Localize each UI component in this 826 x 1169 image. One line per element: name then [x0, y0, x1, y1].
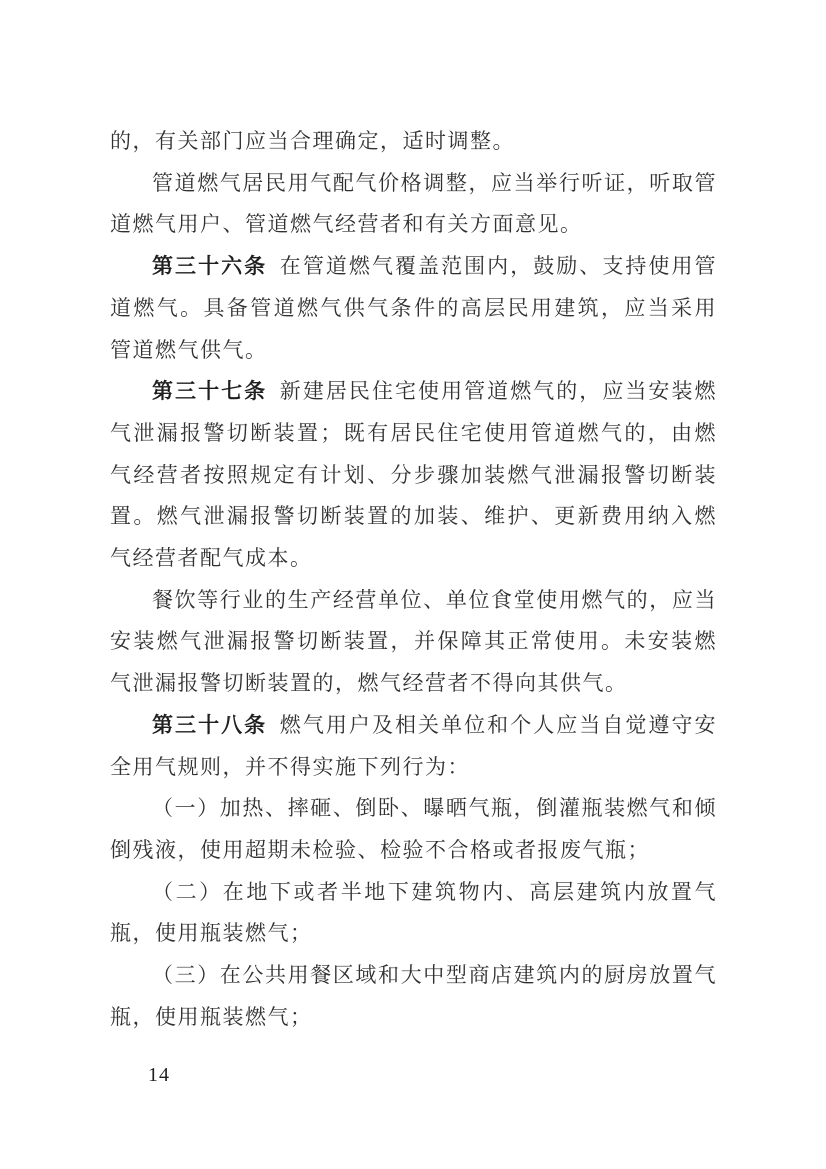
article-number: 第三十八条: [152, 713, 267, 737]
page-number: 14: [148, 1064, 170, 1087]
paragraph-text: 新建居民住宅使用管道燃气的，应当安装燃气泄漏报警切断装置；既有居民住宅使用管道燃…: [110, 379, 717, 570]
paragraph-text: （三）在公共用餐区域和大中型商店建筑内的厨房放置气瓶，使用瓶装燃气；: [110, 963, 717, 1029]
paragraph: 的，有关部门应当合理确定，适时调整。: [110, 121, 717, 163]
paragraph-text: 餐饮等行业的生产经营单位、单位食堂使用燃气的，应当安装燃气泄漏报警切断装置，并保…: [110, 588, 717, 695]
article-number: 第三十七条: [152, 379, 267, 403]
paragraph-text: 管道燃气居民用气配气价格调整，应当举行听证，听取管道燃气用户、管道燃气经营者和有…: [110, 171, 717, 237]
document-body: 的，有关部门应当合理确定，适时调整。管道燃气居民用气配气价格调整，应当举行听证，…: [110, 121, 717, 1038]
article-number: 第三十六条: [152, 254, 267, 278]
paragraph: 管道燃气居民用气配气价格调整，应当举行听证，听取管道燃气用户、管道燃气经营者和有…: [110, 163, 717, 246]
paragraph-text: （二）在地下或者半地下建筑物内、高层建筑内放置气瓶，使用瓶装燃气；: [110, 880, 717, 946]
paragraph-text: （一）加热、摔砸、倒卧、曝晒气瓶，倒灌瓶装燃气和倾倒残液，使用超期未检验、检验不…: [110, 796, 717, 862]
document-page: 的，有关部门应当合理确定，适时调整。管道燃气居民用气配气价格调整，应当举行听证，…: [0, 0, 826, 1169]
paragraph: （二）在地下或者半地下建筑物内、高层建筑内放置气瓶，使用瓶装燃气；: [110, 872, 717, 955]
paragraph: 餐饮等行业的生产经营单位、单位食堂使用燃气的，应当安装燃气泄漏报警切断装置，并保…: [110, 580, 717, 705]
article-paragraph: 第三十七条新建居民住宅使用管道燃气的，应当安装燃气泄漏报警切断装置；既有居民住宅…: [110, 371, 717, 580]
paragraph-text: 的，有关部门应当合理确定，适时调整。: [110, 129, 515, 153]
article-paragraph: 第三十八条燃气用户及相关单位和个人应当自觉遵守安全用气规则，并不得实施下列行为：: [110, 705, 717, 788]
paragraph: （三）在公共用餐区域和大中型商店建筑内的厨房放置气瓶，使用瓶装燃气；: [110, 955, 717, 1038]
paragraph: （一）加热、摔砸、倒卧、曝晒气瓶，倒灌瓶装燃气和倾倒残液，使用超期未检验、检验不…: [110, 788, 717, 871]
article-paragraph: 第三十六条在管道燃气覆盖范围内，鼓励、支持使用管道燃气。具备管道燃气供气条件的高…: [110, 246, 717, 371]
